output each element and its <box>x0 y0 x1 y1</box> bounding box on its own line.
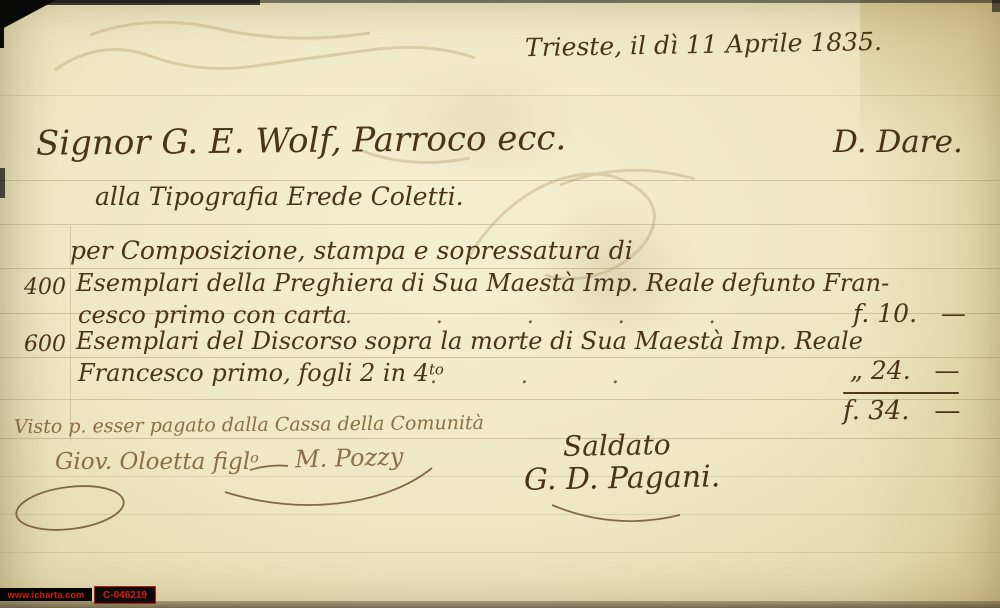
item-description-line: Esemplari del Discorso sopra la morte di… <box>76 329 863 353</box>
total-amount: f. 34. — <box>843 398 960 424</box>
paid-label: Saldato <box>563 431 671 461</box>
item-amount: „ 24. — <box>850 358 960 383</box>
item-description-line: Francesco primo, fogli 2 in 4to <box>78 361 444 385</box>
dateline: Trieste, il dì 11 Aprile 1835. <box>525 29 882 60</box>
ruled-line <box>0 514 1000 515</box>
ruled-line <box>0 476 1000 477</box>
ruled-line <box>0 552 1000 553</box>
item-description-line: Esemplari della Preghiera di Sua Maestà … <box>76 271 889 295</box>
watermark-site-label: www.icharta.com <box>8 590 85 600</box>
archive-code-text: C-046219 <box>103 590 147 601</box>
signature-text: Giov. Oloetta figl <box>55 449 250 475</box>
signature-right: G. D. Pagani. <box>524 462 721 495</box>
scan-edge-left-mark <box>0 168 5 198</box>
item-description-line: cesco primo con carta <box>78 303 347 327</box>
service-description: per Composizione, stampa e sopressatura … <box>70 238 633 263</box>
signature-superscript: o <box>250 451 259 467</box>
scan-edge-right <box>992 0 1000 12</box>
item-quantity: 600 <box>24 334 66 356</box>
ruled-line <box>0 224 1000 225</box>
ruled-line <box>0 180 1000 181</box>
total-rule <box>843 392 959 394</box>
item-text: cesco primo con carta <box>78 301 347 329</box>
signature-middle: M. Pozzy <box>295 445 404 472</box>
item-quantity: 400 <box>24 277 66 299</box>
watermark-bar: www.icharta.com <box>0 588 92 601</box>
ruled-line <box>0 95 1000 96</box>
scan-edge-left <box>0 0 4 48</box>
audit-note: Visto p. esser pagato dalla Cassa della … <box>14 414 484 437</box>
item-amount: f. 10. — <box>853 301 966 326</box>
dot-leaders: . . . . . <box>345 306 716 328</box>
scan-corner-fold <box>0 0 56 30</box>
addressee-line: Signor G. E. Wolf, Parroco ecc. <box>36 121 567 161</box>
signature-left: Giov. Oloetta figlo <box>55 451 259 474</box>
dot-leaders: . . . <box>430 366 619 388</box>
scanned-invoice-1835: Trieste, il dì 11 Aprile 1835. Signor G.… <box>0 0 1000 608</box>
issuer-line: alla Tipografia Erede Coletti. <box>95 184 464 209</box>
debit-column-header: D. Dare. <box>833 127 963 158</box>
item-text: Francesco primo, fogli 2 in 4 <box>78 359 429 387</box>
ruled-line <box>0 438 1000 439</box>
archive-code-label: C-046219 <box>94 586 156 604</box>
